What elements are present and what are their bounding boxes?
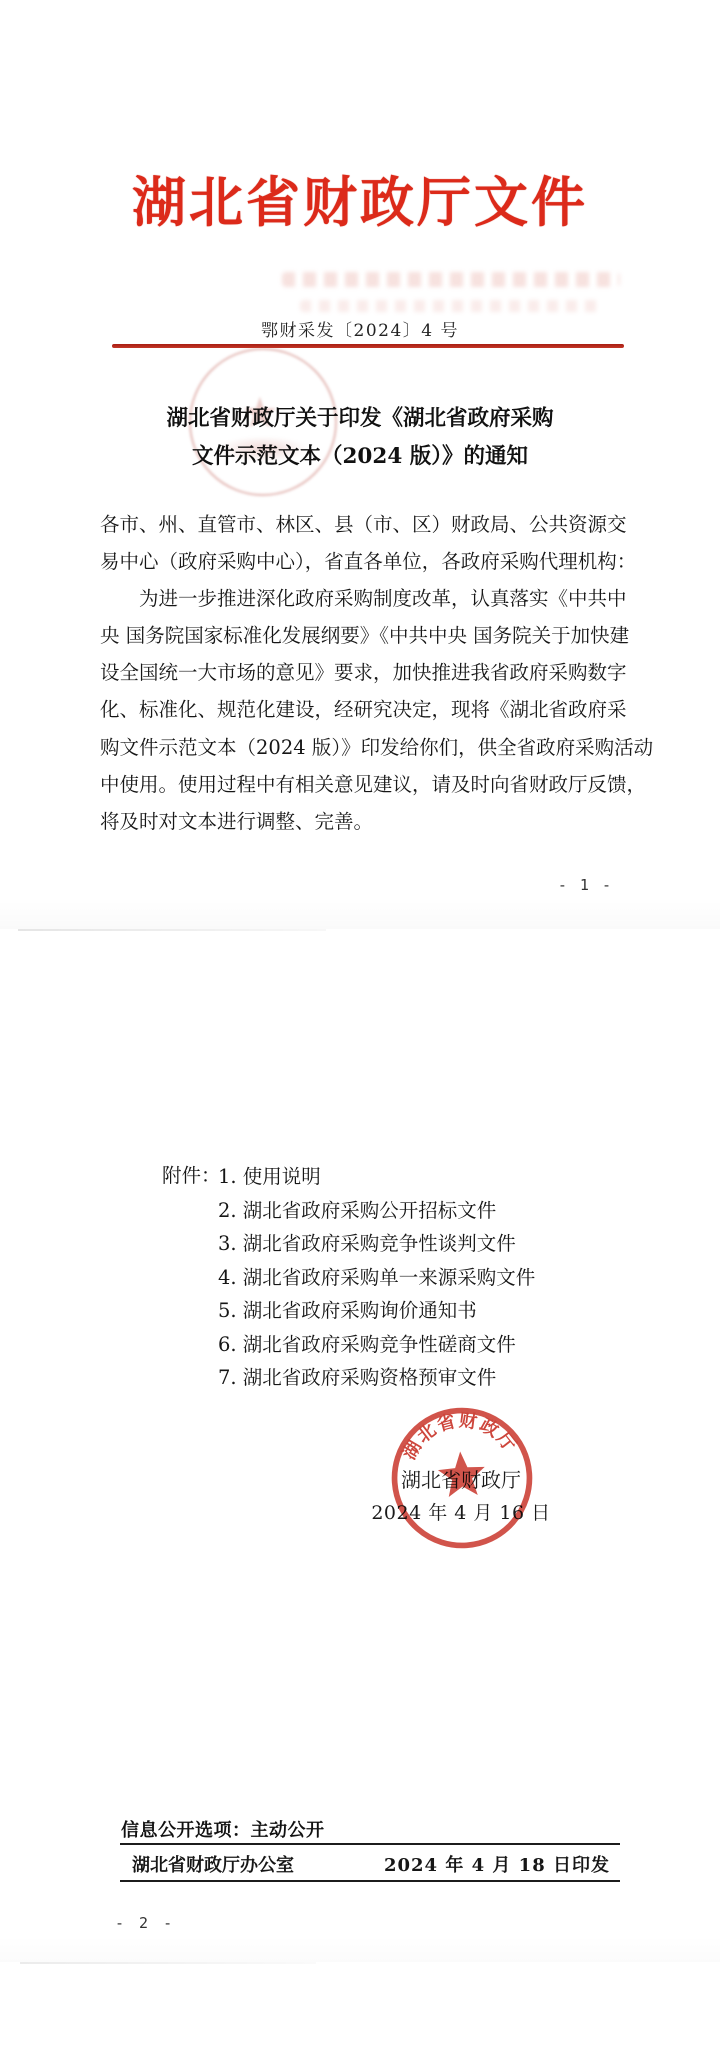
document-title: 湖北省财政厅关于印发《湖北省政府采购 文件示范文本（2024 版）》的通知 <box>0 400 720 476</box>
attachment-item: 5. 湖北省政府采购询价通知书 <box>218 1294 535 1328</box>
disclosure-option: 信息公开选项：主动公开 <box>121 1816 325 1842</box>
red-divider-rule <box>112 344 624 348</box>
body-text-line: 将及时对文本进行调整、完善。 <box>100 803 622 840</box>
page-edge-line <box>20 1962 316 1964</box>
page-edge-shadow <box>0 1935 720 1962</box>
official-seal: 湖北省财政厅 <box>381 1397 543 1559</box>
attachment-item: 1. 使用说明 <box>218 1160 535 1194</box>
document-number: 鄂财采发〔2024〕4 号 <box>0 316 720 341</box>
attachment-item: 6. 湖北省政府采购竞争性磋商文件 <box>218 1328 535 1362</box>
document-title-line: 文件示范文本（2024 版）》的通知 <box>0 438 720 476</box>
body-text-line: 央 国务院国家标准化发展纲要》《中共中央 国务院关于加快建 <box>100 617 622 654</box>
footer-rule <box>120 1880 620 1882</box>
footer-issuer-row: 湖北省财政厅办公室 2024 年 4 月 18 日印发 <box>120 1851 620 1877</box>
seal-text: 湖北省财政厅 <box>395 1405 522 1465</box>
footer-rule <box>120 1843 620 1845</box>
page-edge-shadow <box>0 900 720 929</box>
body-text-line: 各市、州、直管市、林区、县（市、区）财政局、公共资源交 <box>100 506 622 543</box>
body-text-line: 易中心（政府采购中心），省直各单位，各政府采购代理机构： <box>100 543 622 580</box>
page-number: - 2 - <box>115 1914 175 1932</box>
attachment-item: 2. 湖北省政府采购公开招标文件 <box>218 1194 535 1228</box>
svg-text:湖北省财政厅: 湖北省财政厅 <box>395 1405 522 1465</box>
body-text-line: 化、标准化、规范化建设，经研究决定，现将《湖北省政府采 <box>100 691 622 728</box>
attachment-item: 7. 湖北省政府采购资格预审文件 <box>218 1361 535 1395</box>
body-text-line: 设全国统一大市场的意见》要求，加快推进我省政府采购数字 <box>100 654 622 691</box>
ink-bleed-artifact <box>300 300 600 312</box>
document-body: 各市、州、直管市、林区、县（市、区）财政局、公共资源交易中心（政府采购中心），省… <box>100 506 622 840</box>
attachments-label: 附件： <box>162 1160 221 1188</box>
page-edge-line <box>18 929 326 931</box>
attachment-item: 3. 湖北省政府采购竞争性谈判文件 <box>218 1227 535 1261</box>
body-text-line: 中使用。使用过程中有相关意见建议，请及时向省财政厅反馈， <box>100 766 622 803</box>
issuing-office: 湖北省财政厅办公室 <box>132 1851 294 1877</box>
ink-bleed-artifact <box>282 272 620 287</box>
body-text-line: 为进一步推进深化政府采购制度改革，认真落实《中共中 <box>100 580 622 617</box>
attachment-item: 4. 湖北省政府采购单一来源采购文件 <box>218 1261 535 1295</box>
attachments-list: 1. 使用说明2. 湖北省政府采购公开招标文件3. 湖北省政府采购竞争性谈判文件… <box>218 1160 535 1395</box>
print-date: 2024 年 4 月 18 日印发 <box>384 1851 610 1877</box>
body-text-line: 购文件示范文本（2024 版）》印发给你们，供全省政府采购活动 <box>100 729 622 766</box>
seal-star-icon <box>437 1450 487 1498</box>
document-title-line: 湖北省财政厅关于印发《湖北省政府采购 <box>0 400 720 438</box>
page-number: - 1 - <box>0 876 613 894</box>
agency-masthead: 湖北省财政厅文件 <box>0 170 720 234</box>
